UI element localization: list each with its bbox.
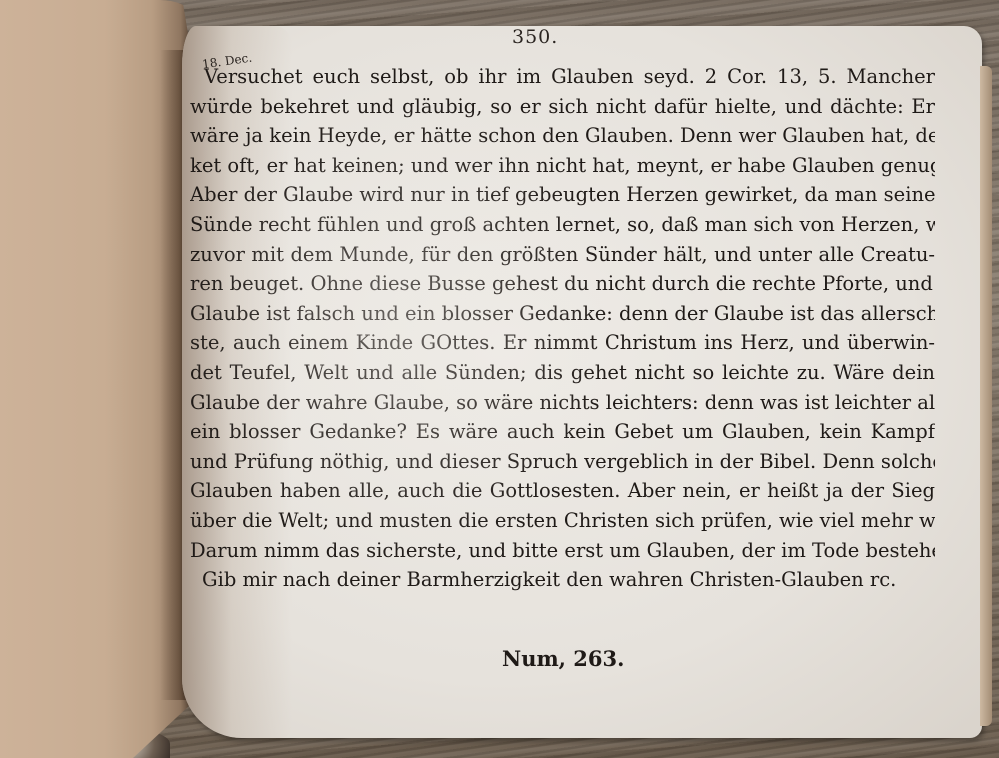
text-line: Glaube ist falsch und ein blosser Gedank… bbox=[190, 299, 935, 329]
text-line: Gib mir nach deiner Barmherzigkeit den w… bbox=[190, 565, 935, 595]
text-line: ste, auch einem Kinde GOttes. Er nimmt C… bbox=[190, 328, 935, 358]
page-edge bbox=[980, 66, 992, 726]
text-line: würde bekehret und gläubig, so er sich n… bbox=[190, 92, 935, 122]
text-line: ren beuget. Ohne diese Busse gehest du n… bbox=[190, 269, 935, 299]
text-line: über die Welt; und musten die ersten Chr… bbox=[190, 506, 935, 536]
text-line: ein blosser Gedanke? Es wäre auch kein G… bbox=[190, 417, 935, 447]
text-line: ket oft, er hat keinen; und wer ihn nich… bbox=[190, 151, 935, 181]
right-page: 350. 18. Dec. Versuchet euch selbst, ob … bbox=[182, 26, 982, 738]
text-line: Versuchet euch selbst, ob ihr im Glauben… bbox=[190, 62, 935, 92]
text-line: Glaube der wahre Glaube, so wäre nichts … bbox=[190, 388, 935, 418]
hymn-number-reference: Num, 263. bbox=[502, 646, 624, 671]
fraktur-body-text: Versuchet euch selbst, ob ihr im Glauben… bbox=[190, 62, 935, 595]
page-number: 350. bbox=[512, 26, 558, 48]
text-line: zuvor mit dem Munde, für den größten Sün… bbox=[190, 240, 935, 270]
text-line: und Prüfung nöthig, und dieser Spruch ve… bbox=[190, 447, 935, 477]
text-line: Sünde recht fühlen und groß achten lerne… bbox=[190, 210, 935, 240]
text-line: wäre ja kein Heyde, er hätte schon den G… bbox=[190, 121, 935, 151]
text-line: Aber der Glaube wird nur in tief gebeugt… bbox=[190, 180, 935, 210]
text-line: Darum nimm das sicherste, und bitte erst… bbox=[190, 536, 935, 566]
text-line: Glauben haben alle, auch die Gottloseste… bbox=[190, 476, 935, 506]
text-line: det Teufel, Welt und alle Sünden; dis ge… bbox=[190, 358, 935, 388]
